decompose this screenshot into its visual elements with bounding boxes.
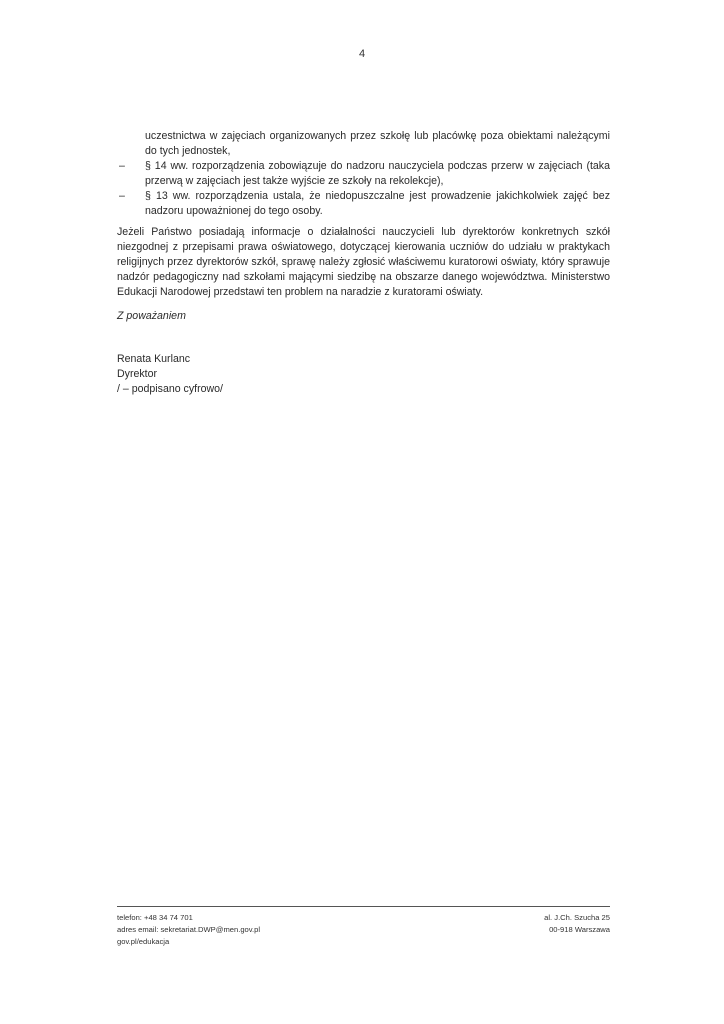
dash-bullet-icon: – (119, 159, 125, 174)
list-item-text: § 14 ww. rozporządzenia zobowiązuje do n… (145, 160, 610, 187)
digital-signature-note: / – podpisano cyfrowo/ (117, 382, 610, 397)
signatory-title: Dyrektor (117, 367, 610, 382)
closing-salutation: Z poważaniem (117, 309, 610, 324)
body-paragraph: Jeżeli Państwo posiadają informacje o dz… (117, 225, 610, 300)
letter-body: uczestnictwa w zajęciach organizowanych … (117, 129, 610, 397)
page-number: 4 (0, 48, 724, 60)
footer-address: al. J.Ch. Szucha 25 00-918 Warszawa (544, 912, 610, 936)
regulation-list: – § 14 ww. rozporządzenia zobowiązuje do… (117, 159, 610, 219)
footer-divider (117, 906, 610, 907)
list-item-text: § 13 ww. rozporządzenia ustala, że niedo… (145, 190, 610, 217)
footer-street: al. J.Ch. Szucha 25 (544, 912, 610, 924)
dash-bullet-icon: – (119, 189, 125, 204)
footer-website: gov.pl/edukacja (117, 936, 260, 948)
footer-contact: telefon: +48 34 74 701 adres email: sekr… (117, 912, 260, 948)
footer-city: 00-918 Warszawa (544, 924, 610, 936)
list-item: – § 14 ww. rozporządzenia zobowiązuje do… (117, 159, 610, 189)
signatory-name: Renata Kurlanc (117, 352, 610, 367)
footer-phone: telefon: +48 34 74 701 (117, 912, 260, 924)
signature-block: Renata Kurlanc Dyrektor / – podpisano cy… (117, 352, 610, 397)
footer-email: adres email: sekretariat.DWP@men.gov.pl (117, 924, 260, 936)
list-item: – § 13 ww. rozporządzenia ustala, że nie… (117, 189, 610, 219)
continued-list-item-text: uczestnictwa w zajęciach organizowanych … (117, 129, 610, 159)
